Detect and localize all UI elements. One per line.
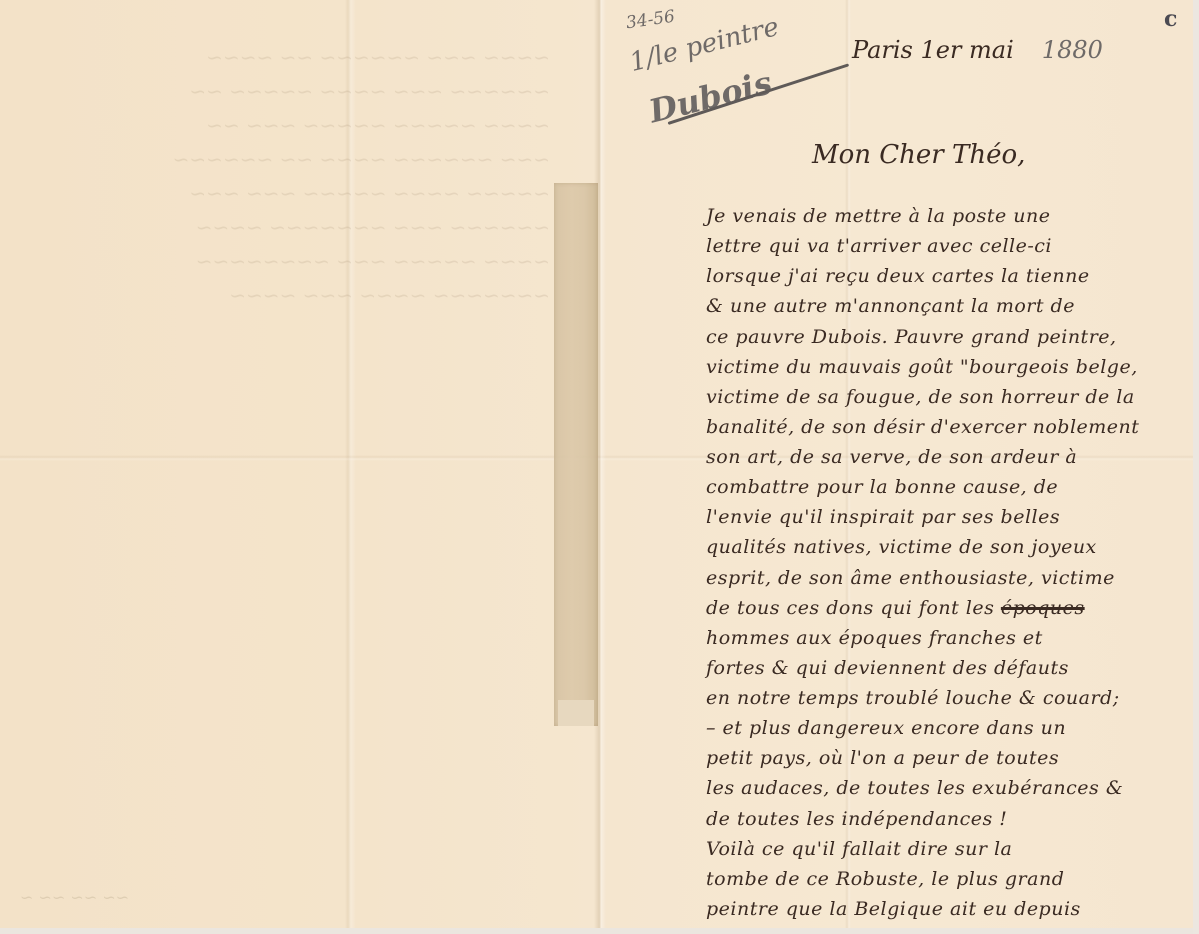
place-date: Paris 1er mai1880 (852, 36, 1103, 64)
letter-line: victime du mauvais goût "bourgeois belge… (706, 356, 1138, 378)
tape-strip-end (558, 700, 594, 726)
letter-line: peintre que la Belgique ait eu depuis (706, 898, 1081, 920)
letter-line: – et plus dangereux encore dans un (706, 717, 1066, 739)
letter-line: en notre temps troublé louche & couard; (706, 687, 1120, 709)
letter-scan: ~~~~ ~~~ ~~~~~~ ~~ ~~~~ ~~~~~~ ~~~ ~~~~ … (0, 0, 1199, 934)
letter-line: petit pays, où l'on a peur de toutes (706, 747, 1059, 769)
letter-line: son art, de sa verve, de son ardeur à (706, 446, 1077, 468)
place-date-text: Paris 1er mai (852, 36, 1014, 64)
letter-line: ce pauvre Dubois. Pauvre grand peintre, (706, 326, 1117, 348)
reference-number: 34-56 (625, 7, 676, 34)
salutation: Mon Cher Théo, (812, 140, 1025, 170)
letter-line: lorsque j'ai reçu deux cartes la tienne (706, 265, 1090, 287)
corner-mark: c (1164, 6, 1177, 32)
letter-line: & une autre m'annonçant la mort de (706, 295, 1075, 317)
letter-line: qualités natives, victime de son joyeux (706, 536, 1097, 558)
letter-line: Voilà ce qu'il fallait dire sur la (706, 838, 1012, 860)
pencil-note-name: Dubois (645, 63, 775, 130)
letter-line: Je venais de mettre à la poste une (706, 205, 1050, 227)
letter-line: les audaces, de toutes les exubérances & (706, 777, 1123, 799)
scan-bottom-edge (0, 928, 1199, 934)
bleed-through-text: ~~~~ ~~~ ~~~~~~ ~~ ~~~~ ~~~~~~ ~~~ ~~~~ … (30, 40, 550, 420)
bleed-through-mark: ~~ ~~ ~~ ~ (20, 888, 129, 907)
letter-line: l'envie qu'il inspirait par ses belles (706, 506, 1060, 528)
letter-line: fortes & qui deviennent des défauts (706, 657, 1069, 679)
year: 1880 (1042, 36, 1103, 64)
letter-line: combattre pour la bonne cause, de (706, 476, 1058, 498)
tape-strip (554, 183, 598, 726)
letter-line: victime de sa fougue, de son horreur de … (706, 386, 1135, 408)
letter-line: de toutes les indépendances ! (706, 808, 1007, 830)
letter-line: de tous ces dons qui font les époques (706, 597, 1085, 619)
letter-line: banalité, de son désir d'exercer nobleme… (706, 416, 1139, 438)
struck-word: époques (1001, 597, 1085, 619)
letter-line: tombe de ce Robuste, le plus grand (706, 868, 1064, 890)
letter-line: hommes aux époques franches et (706, 627, 1043, 649)
letter-line-text: de tous ces dons qui font les (706, 597, 994, 619)
letter-line: esprit, de son âme enthousiaste, victime (706, 567, 1115, 589)
scan-right-edge (1193, 0, 1199, 934)
letter-line: lettre qui va t'arriver avec celle-ci (706, 235, 1052, 257)
